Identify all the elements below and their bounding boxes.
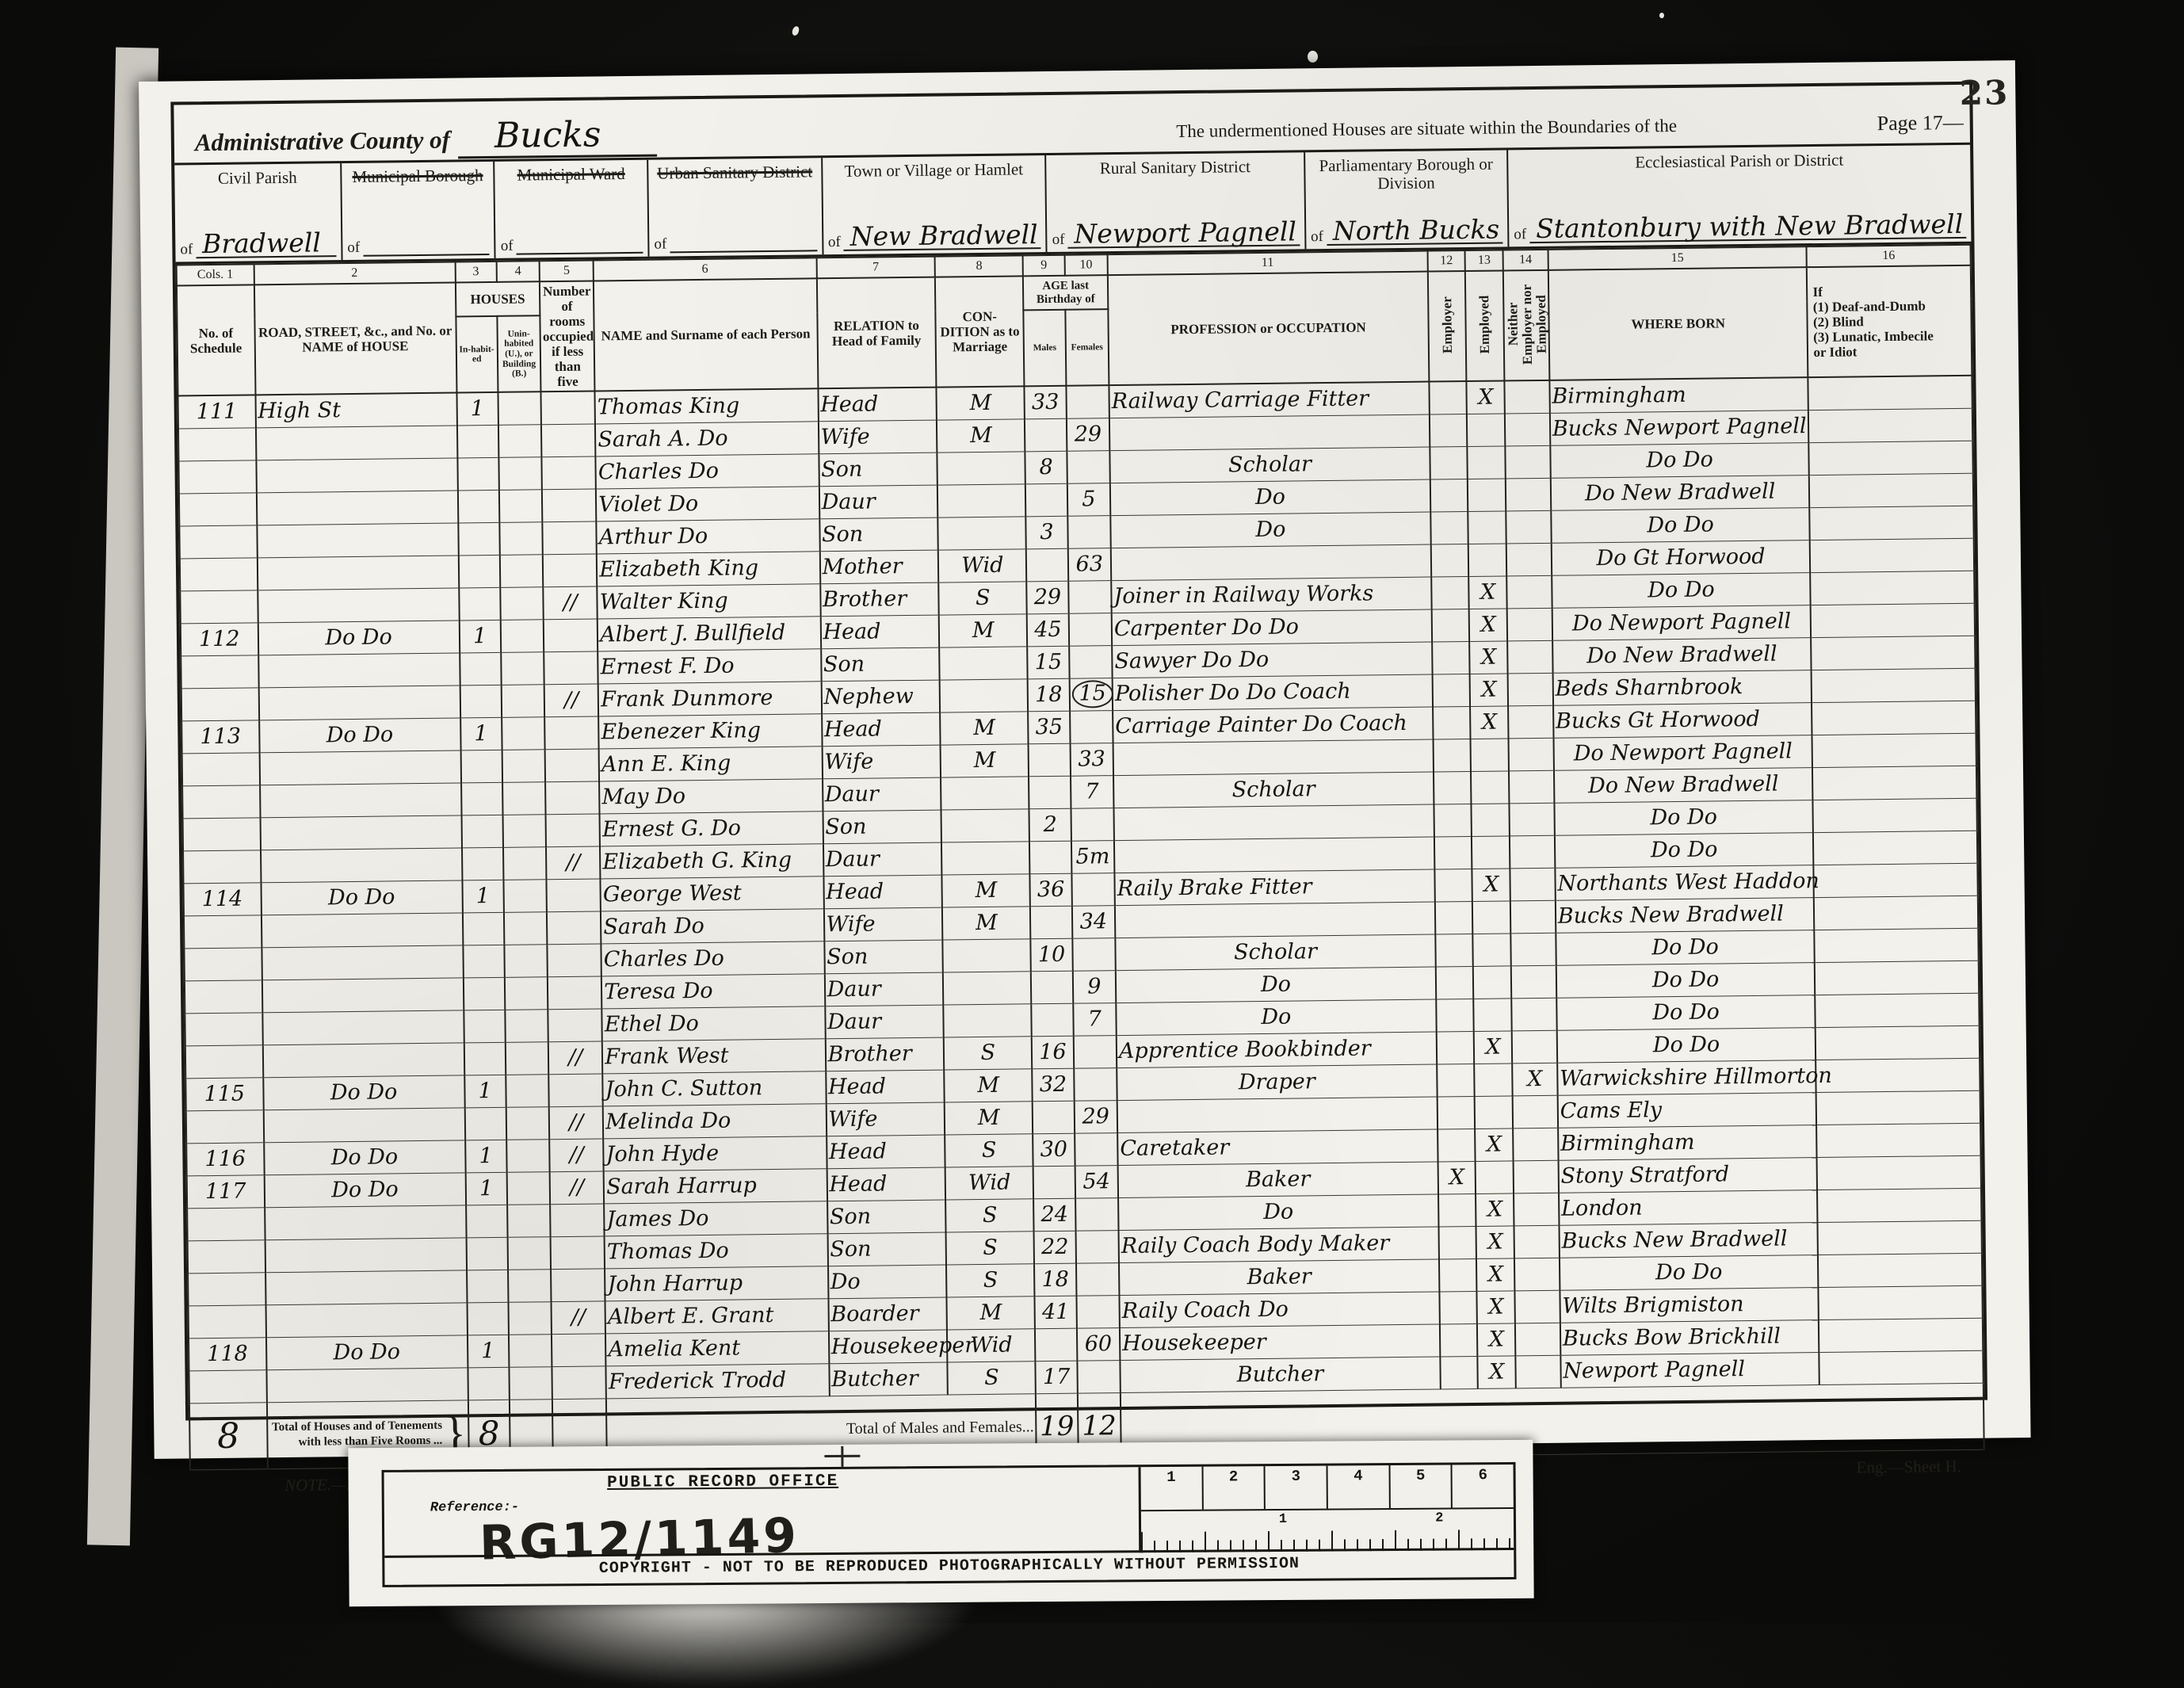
cell-employed: X xyxy=(1476,1226,1514,1259)
ruler-sub-number: 2 xyxy=(1435,1511,1443,1526)
schedule-value: 116 xyxy=(204,1147,246,1172)
cell-name: Charles Do xyxy=(601,941,825,976)
cell-infirm xyxy=(1812,766,1976,800)
admin-county-value: Bucks xyxy=(458,114,657,159)
header-inhabited: In-habit-ed xyxy=(456,316,498,393)
born-value: Warwickshire Hillmorton xyxy=(1560,1064,1832,1091)
cell-relation: Son xyxy=(819,453,937,487)
cell-age_f xyxy=(1068,580,1112,613)
cell-condition xyxy=(941,842,1030,875)
cell-condition: M xyxy=(941,744,1029,777)
cell-age_f: 7 xyxy=(1073,1002,1117,1036)
relation-value: Son xyxy=(821,457,863,483)
header-relation: RELATION to Head of Family xyxy=(816,277,936,389)
cell-relation: Head xyxy=(827,1135,945,1169)
totals-schedule-mark: 8 xyxy=(189,1402,267,1469)
cell-employed xyxy=(1472,804,1510,837)
born-value: Do Newport Pagnell xyxy=(1574,739,1793,766)
cell-road: Do Do xyxy=(264,1173,466,1208)
cell-employed: X xyxy=(1476,1193,1514,1227)
cell-age_f: 5m xyxy=(1071,840,1115,873)
cell-employer xyxy=(1437,1064,1475,1097)
born-value: Do Do xyxy=(1655,1260,1723,1285)
born-value: Do Do xyxy=(1650,805,1717,831)
cell-relation: Nephew xyxy=(821,680,940,714)
employed-value: X xyxy=(1487,1132,1502,1157)
cell-schedule: 111 xyxy=(178,395,256,429)
district-value: North Bucks xyxy=(1327,216,1503,246)
employed-value: X xyxy=(1489,1327,1505,1352)
ruler-scale: 1 2 3 4 5 6 xyxy=(1141,1465,1514,1511)
cell-age_m: 18 xyxy=(1028,678,1070,712)
age_m-value: 35 xyxy=(1035,715,1063,739)
ruler-sub-number: 1 xyxy=(1279,1512,1287,1527)
profession-value: Housekeeper xyxy=(1122,1330,1266,1356)
header-schedule: No. of Schedule xyxy=(177,285,255,395)
cell-infirm xyxy=(1808,408,1972,442)
cell-profession: Do xyxy=(1116,999,1436,1036)
header-road: ROAD, STREET, &c., and No. or NAME of HO… xyxy=(254,282,456,395)
cell-born: Do Do xyxy=(1560,1255,1819,1290)
district-label: Rural Sanitary District xyxy=(1052,157,1300,178)
name-value: John Harrup xyxy=(607,1271,743,1297)
cell-uninhabited xyxy=(500,619,544,652)
cell-inhabited xyxy=(464,1042,506,1075)
cell-profession xyxy=(1109,414,1430,451)
cell-profession xyxy=(1114,837,1434,873)
cell-uninhabited xyxy=(508,1269,552,1302)
cell-employed xyxy=(1476,1161,1514,1194)
cell-relation: Butcher xyxy=(829,1362,948,1396)
district-box-urban-sanitary: Urban Sanitary District of xyxy=(648,158,823,256)
cell-schedule: 118 xyxy=(189,1337,266,1370)
cell-profession xyxy=(1113,804,1434,841)
cell-schedule xyxy=(187,1208,265,1241)
cell-age_f: 29 xyxy=(1074,1100,1117,1133)
cell-condition: M xyxy=(942,907,1031,940)
cell-neither xyxy=(1510,933,1556,966)
cell-age_f xyxy=(1072,938,1116,971)
cell-born: Do Do xyxy=(1550,442,1809,478)
cell-rooms: // xyxy=(552,1301,605,1335)
relation-value: Daur xyxy=(826,847,880,873)
condition-value: M xyxy=(969,391,991,415)
cell-name: Violet Do xyxy=(596,487,819,521)
cell-infirm xyxy=(1808,376,1972,410)
cell-relation: Head xyxy=(822,712,941,747)
cell-road xyxy=(265,1238,467,1273)
cell-age_f xyxy=(1076,1262,1120,1296)
cell-born: Bucks New Bradwell xyxy=(1559,1222,1818,1258)
cell-employed: X xyxy=(1470,674,1508,707)
cell-inhabited xyxy=(464,1107,506,1140)
cell-inhabited xyxy=(460,750,502,783)
cell-schedule xyxy=(188,1240,265,1274)
road-value: Do Do xyxy=(325,625,392,651)
ruler-number: 4 xyxy=(1328,1465,1391,1509)
rooms-value: // xyxy=(571,1305,586,1330)
relation-value: Butcher xyxy=(831,1366,918,1392)
cell-relation: Daur xyxy=(823,842,942,876)
name-value: Thomas King xyxy=(598,394,740,420)
name-value: Arthur Do xyxy=(599,524,708,550)
cell-age_f: 60 xyxy=(1076,1327,1120,1361)
cell-age_f xyxy=(1068,613,1112,646)
cell-name: John C. Sutton xyxy=(602,1071,826,1106)
cell-name: Albert E. Grant xyxy=(605,1298,829,1333)
cell-born: Do Do xyxy=(1554,800,1813,835)
name-value: May Do xyxy=(601,784,685,809)
cell-uninhabited xyxy=(504,911,548,945)
cell-infirm xyxy=(1811,603,1975,637)
cell-infirm xyxy=(1811,571,1975,605)
cell-road xyxy=(260,783,462,818)
page-number-label: Page 17— xyxy=(1845,111,1964,141)
cell-road: Do Do xyxy=(263,1075,465,1110)
cell-profession: Scholar xyxy=(1113,772,1434,808)
cell-road xyxy=(265,1205,467,1240)
born-value: Do Do xyxy=(1647,513,1714,538)
born-value: Do Do xyxy=(1652,968,1720,993)
cell-age_f xyxy=(1077,1360,1121,1393)
born-value: Do New Bradwell xyxy=(1586,642,1777,669)
cell-employer xyxy=(1431,544,1469,577)
cell-infirm xyxy=(1815,928,1979,962)
cell-condition: S xyxy=(944,1037,1033,1070)
cell-name: Albert J. Bullfield xyxy=(598,617,821,651)
cell-rooms xyxy=(545,749,599,782)
col-num: 9 xyxy=(1023,255,1064,277)
employed-value: X xyxy=(1488,1295,1504,1319)
profession-value: Do xyxy=(1255,517,1285,542)
cell-name: Frederick Trodd xyxy=(606,1363,830,1398)
cell-employer xyxy=(1435,934,1473,967)
cell-inhabited xyxy=(460,685,502,718)
relation-value: Boarder xyxy=(830,1301,919,1327)
profession-value: Baker xyxy=(1246,1167,1311,1193)
cell-neither xyxy=(1514,1225,1560,1258)
inhabited-value: 1 xyxy=(473,624,487,648)
cell-schedule: 115 xyxy=(185,1078,263,1111)
cell-age_m: 41 xyxy=(1035,1296,1077,1329)
cell-born: Birmingham xyxy=(1558,1125,1817,1160)
cell-name: John Harrup xyxy=(605,1266,828,1300)
cell-rooms xyxy=(547,879,601,912)
cell-infirm xyxy=(1812,701,1976,735)
cell-born: London xyxy=(1559,1190,1818,1225)
rooms-value: // xyxy=(570,1175,585,1200)
cell-rooms xyxy=(548,976,601,1010)
cell-infirm xyxy=(1809,441,1973,475)
inhabited-value: 1 xyxy=(481,1339,495,1363)
condition-value: M xyxy=(976,911,998,935)
cell-inhabited: 1 xyxy=(459,620,501,653)
relation-value: Head xyxy=(829,1140,887,1165)
district-label: Municipal Ward xyxy=(500,165,643,185)
cell-name: John Hyde xyxy=(603,1136,827,1171)
name-value: Ernest G. Do xyxy=(602,816,741,842)
cell-schedule: 112 xyxy=(181,623,258,656)
age_f-value: 5 xyxy=(1082,487,1096,512)
name-value: Albert E. Grant xyxy=(608,1303,774,1329)
cell-schedule xyxy=(182,753,260,786)
cell-rooms xyxy=(541,391,595,425)
cell-neither xyxy=(1514,1258,1560,1291)
condition-value: S xyxy=(983,1203,998,1228)
cell-schedule xyxy=(185,1013,262,1046)
cell-schedule xyxy=(180,558,258,591)
district-box-parliamentary: Parliamentary Borough or Division ofNort… xyxy=(1305,150,1510,249)
totals-houses-label: Total of Houses and of Tenements with le… xyxy=(269,1419,443,1450)
col-num: 16 xyxy=(1807,245,1971,267)
cell-condition: Wid xyxy=(945,1166,1034,1199)
cell-relation: Daur xyxy=(819,485,937,519)
cell-employer xyxy=(1430,414,1468,447)
district-value xyxy=(670,250,817,253)
born-value: Bucks Bow Brickhill xyxy=(1563,1324,1781,1351)
cell-infirm xyxy=(1818,1253,1982,1287)
cell-inhabited: 1 xyxy=(462,880,504,913)
cell-relation: Wife xyxy=(818,420,937,454)
name-value: George West xyxy=(603,881,742,907)
cell-rooms: // xyxy=(549,1139,603,1172)
district-value: Newport Pagnell xyxy=(1067,218,1300,248)
born-value: Bucks New Bradwell xyxy=(1561,1227,1787,1254)
cell-road: Do Do xyxy=(266,1335,468,1370)
cell-uninhabited xyxy=(509,1334,552,1367)
road-value: Do Do xyxy=(328,885,395,911)
condition-value: S xyxy=(983,1235,998,1260)
name-value: James Do xyxy=(606,1206,708,1232)
cell-employer xyxy=(1430,446,1468,479)
cell-neither xyxy=(1506,510,1551,544)
cell-age_f xyxy=(1070,710,1113,743)
district-label: Civil Parish xyxy=(179,168,335,188)
profession-value: Railway Carriage Fitter xyxy=(1111,387,1369,414)
cell-uninhabited xyxy=(507,1236,551,1270)
cell-condition: M xyxy=(944,1069,1033,1102)
cell-uninhabited xyxy=(506,1074,549,1107)
cell-age_m: 10 xyxy=(1031,938,1073,972)
cell-age_f: 34 xyxy=(1071,905,1115,938)
cell-relation: Son xyxy=(827,1200,946,1234)
cell-schedule xyxy=(178,460,256,494)
cell-born: Bucks Bow Brickhill xyxy=(1560,1319,1819,1355)
age_m-value: 29 xyxy=(1034,585,1062,609)
cell-infirm xyxy=(1810,538,1974,572)
cell-infirm xyxy=(1819,1318,1983,1352)
cell-relation: Boarder xyxy=(828,1297,947,1331)
name-value: Ernest F. Do xyxy=(600,654,734,680)
of-prefix: of xyxy=(180,241,193,258)
cell-schedule: 116 xyxy=(186,1143,264,1176)
profession-value: Baker xyxy=(1247,1265,1312,1290)
cell-age_f xyxy=(1067,515,1111,548)
cell-relation: Wife xyxy=(823,907,942,941)
relation-value: Head xyxy=(828,1075,886,1100)
name-value: Sarah Do xyxy=(603,914,704,939)
cell-schedule xyxy=(178,428,256,461)
cell-neither xyxy=(1511,998,1556,1031)
cell-road xyxy=(257,523,459,558)
condition-value: S xyxy=(982,1138,997,1163)
condition-value: M xyxy=(975,878,997,903)
cell-rooms xyxy=(545,781,599,815)
relation-value: Head xyxy=(826,880,884,905)
cell-neither xyxy=(1509,738,1554,771)
cell-condition xyxy=(943,939,1032,972)
cell-profession: Baker xyxy=(1118,1162,1438,1198)
cell-infirm xyxy=(1818,1220,1982,1255)
schedule-value: 118 xyxy=(207,1342,248,1367)
col-num: 13 xyxy=(1465,250,1503,271)
cell-profession xyxy=(1111,544,1431,581)
born-value: Beds Sharnbrook xyxy=(1555,674,1743,701)
cell-uninhabited xyxy=(502,814,546,847)
cell-employed: X xyxy=(1474,1031,1512,1064)
condition-value: Wid xyxy=(970,1333,1013,1358)
cell-employer xyxy=(1436,999,1474,1032)
cell-rooms xyxy=(551,1236,605,1270)
cell-employed: X xyxy=(1467,381,1505,414)
cell-infirm xyxy=(1809,473,1973,507)
cell-employed xyxy=(1475,1096,1513,1129)
cell-age_f: 9 xyxy=(1072,970,1116,1003)
age_f-value: 33 xyxy=(1078,747,1105,771)
cell-inhabited xyxy=(467,1270,509,1303)
cell-born: Do New Bradwell xyxy=(1551,475,1810,510)
age_m-value: 32 xyxy=(1040,1072,1067,1097)
cell-employer xyxy=(1438,1193,1476,1227)
profession-value: Do xyxy=(1255,485,1285,510)
cell-condition: S xyxy=(948,1361,1037,1394)
col-num: 14 xyxy=(1503,250,1548,271)
cell-name: Elizabeth King xyxy=(597,552,820,586)
employed-value: X xyxy=(1481,678,1497,702)
cell-neither xyxy=(1515,1323,1560,1356)
cell-infirm xyxy=(1819,1285,1983,1319)
age_m-value: 24 xyxy=(1040,1202,1068,1227)
age_m-value: 17 xyxy=(1043,1365,1071,1389)
cell-age_m xyxy=(1033,1166,1075,1199)
cell-rooms xyxy=(543,554,597,587)
profession-value: Butcher xyxy=(1237,1361,1324,1387)
cell-age_m xyxy=(1029,841,1071,874)
cell-profession: Carpenter Do Do xyxy=(1112,609,1432,646)
cell-employed xyxy=(1468,544,1506,577)
cell-employed: X xyxy=(1477,1291,1515,1324)
condition-value: Wid xyxy=(968,1171,1011,1196)
cell-infirm xyxy=(1817,1123,1981,1157)
cell-neither xyxy=(1510,900,1556,934)
district-label: Parliamentary Borough or Division xyxy=(1310,155,1502,193)
cell-condition xyxy=(940,679,1029,712)
cell-profession: Draper xyxy=(1117,1064,1437,1101)
registration-tick xyxy=(824,1455,860,1457)
relation-value: Daur xyxy=(827,1010,881,1035)
cell-employer xyxy=(1429,381,1467,414)
district-value: Stantonbury with New Bradwell xyxy=(1529,211,1966,243)
cell-inhabited xyxy=(457,457,499,491)
cell-road xyxy=(259,750,461,785)
cell-age_m: 2 xyxy=(1029,808,1071,842)
cell-profession: Caretaker xyxy=(1117,1129,1438,1166)
cell-age_f xyxy=(1074,1067,1117,1101)
cell-employer xyxy=(1440,1323,1478,1357)
cell-rooms xyxy=(543,521,597,555)
cell-infirm xyxy=(1812,636,1976,670)
cell-infirm xyxy=(1816,1090,1980,1125)
cell-born: Do Do xyxy=(1556,930,1815,965)
cell-inhabited xyxy=(463,977,505,1010)
cell-neither xyxy=(1508,673,1553,706)
cell-rooms xyxy=(544,651,598,685)
cell-age_m xyxy=(1035,1328,1077,1361)
cell-age_f: 54 xyxy=(1075,1165,1118,1198)
cell-rooms: // xyxy=(546,846,600,880)
cell-age_f xyxy=(1067,450,1110,483)
cell-employer xyxy=(1433,739,1471,772)
cell-road xyxy=(258,588,460,623)
cell-schedule xyxy=(184,915,262,949)
cell-infirm xyxy=(1816,1058,1980,1092)
situate-line: The undermentioned Houses are situate wi… xyxy=(1008,114,1845,151)
relation-value: Head xyxy=(824,717,882,743)
born-value: Birmingham xyxy=(1560,1130,1695,1156)
inhabited-value: 1 xyxy=(471,397,485,422)
cell-employed: X xyxy=(1469,609,1507,642)
cell-name: Ann E. King xyxy=(599,746,823,781)
name-value: Violet Do xyxy=(598,491,698,517)
cell-employed xyxy=(1475,1064,1513,1097)
cell-born: Do New Bradwell xyxy=(1554,767,1813,803)
cell-condition: S xyxy=(945,1134,1033,1167)
cell-condition: S xyxy=(946,1231,1035,1264)
district-value xyxy=(363,254,490,257)
cell-name: Charles Do xyxy=(596,454,819,489)
cell-condition: S xyxy=(938,582,1027,615)
pro-reference-box: PUBLIC RECORD OFFICE Reference:- RG12/11… xyxy=(382,1462,1517,1587)
cell-employer xyxy=(1439,1258,1477,1292)
district-label: Municipal Borough xyxy=(346,166,489,186)
cell-name: Sarah Harrup xyxy=(604,1168,827,1203)
cell-name: May Do xyxy=(599,778,823,813)
cell-name: Frank Dunmore xyxy=(598,681,822,716)
cell-road xyxy=(260,815,462,850)
relation-value: Son xyxy=(827,945,869,970)
age_m-value: 10 xyxy=(1038,942,1066,967)
cell-neither xyxy=(1510,835,1555,869)
cell-profession: Sawyer Do Do xyxy=(1112,642,1432,678)
cell-condition: M xyxy=(939,614,1028,647)
cell-born: Bucks Gt Horwood xyxy=(1553,702,1812,738)
cell-employer xyxy=(1434,836,1472,869)
cell-schedule xyxy=(182,785,260,819)
cell-name: Arthur Do xyxy=(597,519,820,554)
cell-age_f xyxy=(1071,873,1115,906)
cell-condition xyxy=(937,452,1026,485)
cell-neither xyxy=(1507,608,1552,641)
cell-road xyxy=(258,686,460,720)
relation-value: Son xyxy=(825,815,867,840)
cell-schedule: 113 xyxy=(181,720,259,754)
relation-value: Son xyxy=(830,1205,872,1230)
profession-value: Do xyxy=(1261,1005,1291,1029)
name-value: Frank Dunmore xyxy=(601,686,773,712)
age_m-value: 3 xyxy=(1040,520,1054,544)
cell-employer xyxy=(1438,1129,1476,1162)
census-form: Administrative County ofBucks The underm… xyxy=(170,82,1987,1421)
